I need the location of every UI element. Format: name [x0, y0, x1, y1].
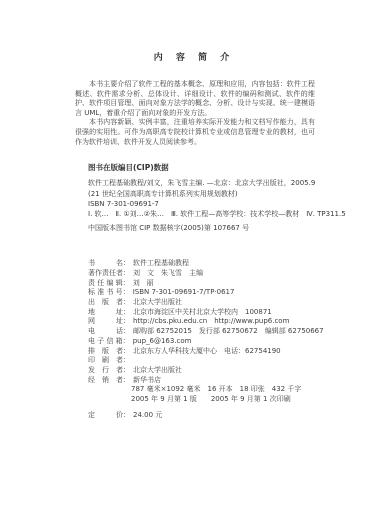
detail-label: 地 址：	[88, 308, 130, 318]
cip-block: 图书在版编目(CIP)数据 软件工程基础教程/刘文，朱飞雪主编. —北京：北京大…	[88, 162, 330, 233]
detail-label: 书 名：	[88, 259, 130, 269]
cip-line: (21 世纪全国高职高专计算机系列实用规划教材)	[88, 189, 330, 199]
detail-row-website: 网 址： http://cbs.pku.edu.cn http://www.pu…	[88, 317, 330, 327]
detail-label: 排 版 者：	[88, 347, 130, 357]
detail-label: 印 刷 者：	[88, 356, 130, 366]
detail-label: 定 价：	[88, 411, 130, 421]
detail-value: 刘 丽	[133, 279, 154, 289]
detail-value: pup_6@163.com	[133, 337, 192, 347]
detail-value: 北京大学出版社	[133, 298, 182, 308]
detail-row-address: 地 址： 北京市海淀区中关村北京大学校内 100871	[88, 308, 330, 318]
intro-section: 本书主要介绍了软件工程的基本概念、原理和应用，内容包括：软件工程概述、软件需求分…	[75, 80, 315, 147]
cip-record-number: 中国版本图书馆 CIP 数据核字(2005)第 107667 号	[88, 223, 330, 233]
detail-value: 北京大学出版社	[133, 366, 182, 376]
detail-label: 责 任 编 辑：	[88, 279, 130, 289]
detail-label: 电 话：	[88, 327, 130, 337]
detail-label: 经 销 者：	[88, 376, 130, 386]
detail-row-isbn: 标 准 书 号： ISBN 7-301-09691-7/TP·0617	[88, 288, 330, 298]
detail-row-authors: 著作责任者： 刘 文 朱飞雪 主编	[88, 269, 330, 279]
cip-line: ISBN 7-301-09691-7	[88, 199, 330, 209]
detail-row-price: 定 价： 24.00 元	[88, 411, 330, 421]
detail-row-phone: 电 话： 邮购部 62752015 发行部 62750672 编辑部 62750…	[88, 327, 330, 337]
detail-label: 电 子 信 箱：	[88, 337, 130, 347]
detail-row-publisher: 出 版 者： 北京大学出版社	[88, 298, 330, 308]
detail-row-email: 电 子 信 箱： pup_6@163.com	[88, 337, 330, 347]
detail-value: 24.00 元	[133, 411, 162, 421]
cip-line: Ⅰ. 软… Ⅱ. ①刘…②朱… Ⅲ. 软件工程—高等学校：技术学校—教材 Ⅳ. …	[88, 209, 330, 219]
detail-value: http://cbs.pku.edu.cn http://www.pup6.co…	[133, 317, 289, 327]
detail-value: 北京东方人华科技大厦中心 电话：62754190	[133, 347, 281, 357]
detail-label: 网 址：	[88, 317, 130, 327]
detail-value: ISBN 7-301-09691-7/TP·0617	[133, 288, 235, 298]
detail-row-book-title: 书 名： 软件工程基础教程	[88, 259, 330, 269]
section-title: 内 容 简 介	[75, 50, 313, 63]
detail-label: 标 准 书 号：	[88, 288, 130, 298]
format-spec-line: 787 毫米×1092 毫米 16 开本 18 印张 432 千字	[131, 385, 330, 395]
detail-row-retailer: 经 销 者： 新华书店	[88, 376, 330, 386]
detail-value: 刘 文 朱飞雪 主编	[133, 269, 203, 279]
cip-heading: 图书在版编目(CIP)数据	[88, 162, 330, 173]
detail-value: 北京市海淀区中关村北京大学校内 100871	[133, 308, 272, 318]
cip-line: 软件工程基础教程/刘文，朱飞雪主编. —北京：北京大学出版社，2005.9	[88, 178, 330, 188]
detail-value: 软件工程基础教程	[133, 259, 189, 269]
detail-label: 出 版 者：	[88, 298, 130, 308]
detail-value: 邮购部 62752015 发行部 62750672 编辑部 62750667	[133, 327, 324, 337]
detail-row-distributor: 发 行 者： 北京大学出版社	[88, 366, 330, 376]
detail-label: 著作责任者：	[88, 269, 130, 279]
intro-paragraph: 本书主要介绍了软件工程的基本概念、原理和应用，内容包括：软件工程概述、软件需求分…	[75, 80, 315, 118]
detail-value: 新华书店	[133, 376, 161, 386]
detail-row-typesetter: 排 版 者： 北京东方人华科技大厦中心 电话：62754190	[88, 347, 330, 357]
detail-row-editor: 责 任 编 辑： 刘 丽	[88, 279, 330, 289]
detail-row-printer: 印 刷 者：	[88, 356, 330, 366]
publication-details: 书 名： 软件工程基础教程 著作责任者： 刘 文 朱飞雪 主编 责 任 编 辑：…	[88, 259, 330, 420]
edition-printing-line: 2005 年 9 月第 1 版 2005 年 9 月第 1 次印刷	[131, 395, 330, 405]
copyright-page: 内 容 简 介 本书主要介绍了软件工程的基本概念、原理和应用，内容包括：软件工程…	[0, 0, 374, 529]
detail-label: 发 行 者：	[88, 366, 130, 376]
intro-paragraph: 本书内容新颖、实例丰富，注重培养实际开发能力和文档写作能力，具有很强的实用性。可…	[75, 118, 315, 147]
